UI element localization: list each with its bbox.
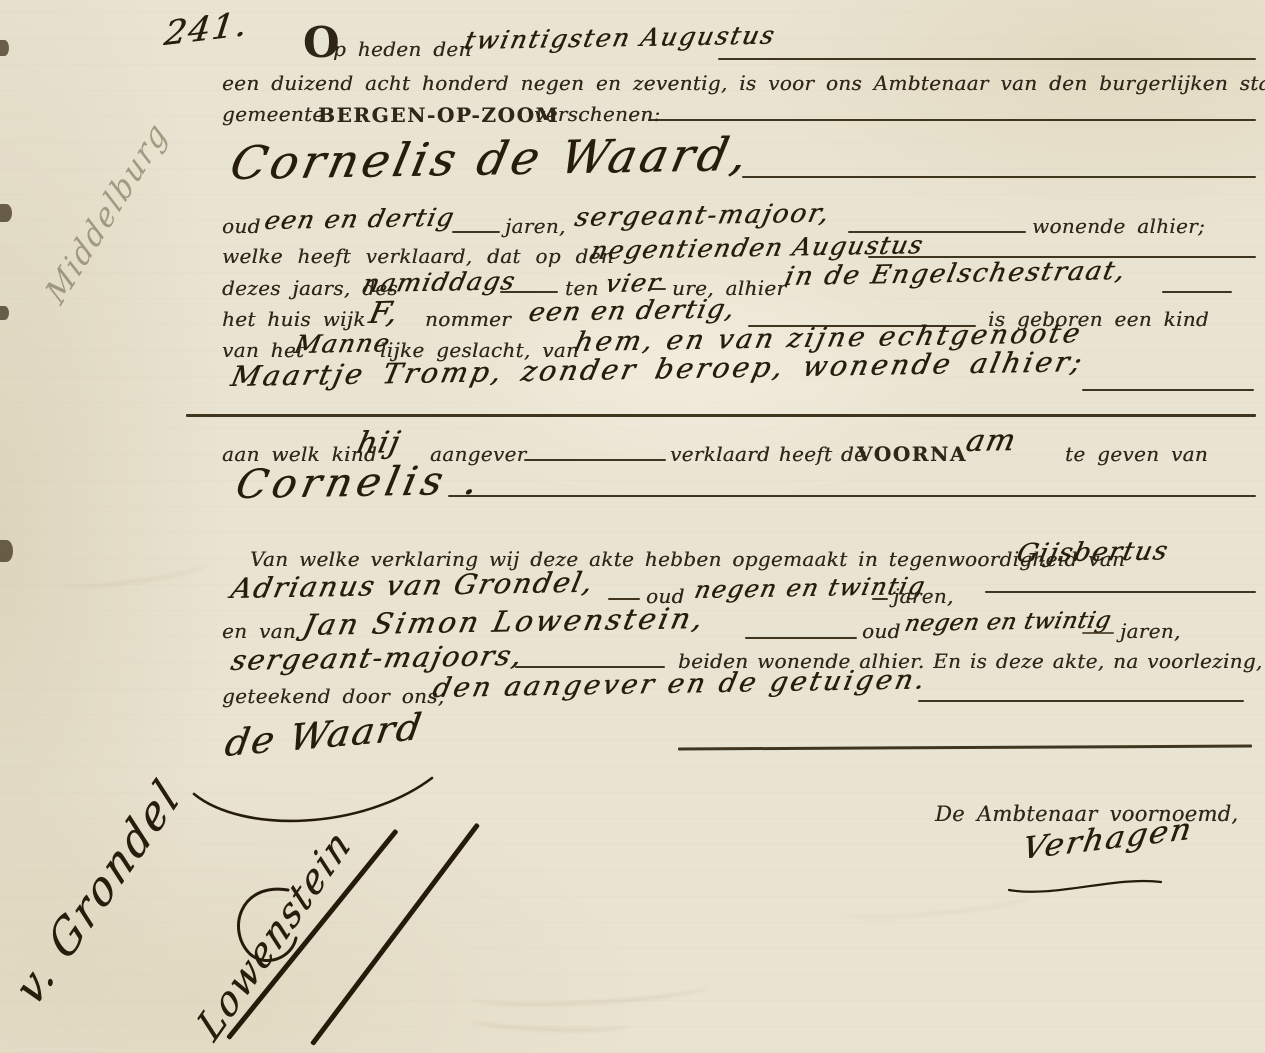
- handwritten-witness1-firstname: Gijsbertus: [1014, 537, 1171, 568]
- fill-rule: [718, 58, 1256, 60]
- printed-oud-witness2: oud: [862, 620, 901, 642]
- dash: [872, 598, 888, 600]
- handwritten-gender: Manne: [292, 329, 393, 358]
- printed-wonende-alhier: wonende alhier;: [1032, 215, 1205, 237]
- fill-rule: [985, 591, 1256, 593]
- printed-jaren-witness2: jaren,: [1120, 620, 1181, 642]
- fill-rule: [515, 666, 665, 668]
- printed-te-geven-van: te geven van: [1065, 443, 1208, 465]
- fill-rule: [918, 700, 1244, 702]
- scan-edge-mark: [0, 204, 12, 222]
- printed-oud: oud: [222, 215, 261, 237]
- bleedthrough-mark: [840, 890, 1040, 915]
- signature-declarant: de Waard: [222, 707, 426, 764]
- printed-city-name: BERGEN-OP-ZOOM: [318, 104, 559, 126]
- printed-geteekend: geteekend door ons,: [222, 685, 444, 707]
- printed-en-van: en van: [222, 620, 296, 642]
- handwritten-house-number: een en dertig,: [526, 295, 738, 327]
- handwritten-profession: sergeant-majoor,: [572, 200, 833, 233]
- handwritten-declarant-name: Cornelis de Waard,: [226, 129, 756, 189]
- fill-rule: [745, 637, 857, 639]
- dash: [500, 291, 558, 293]
- printed-op-heden: p heden den: [333, 38, 472, 60]
- dash: [452, 231, 500, 233]
- handwritten-daypart: namiddags: [360, 267, 518, 297]
- scan-edge-mark: [0, 40, 9, 56]
- bleedthrough-mark: [470, 975, 730, 1031]
- printed-year-line: een duizend acht honderd negen en zevent…: [222, 72, 1265, 94]
- signature-area-rule: [678, 744, 1252, 750]
- printed-ten: ten: [565, 277, 599, 299]
- printed-huis-wijk: het huis wijk: [222, 308, 366, 330]
- dash: [608, 598, 640, 600]
- scan-edge-mark: [0, 306, 9, 320]
- margin-note-pencil: Middelburg: [32, 103, 181, 323]
- handwritten-age: een en dertig: [262, 204, 457, 235]
- dash: [1162, 291, 1232, 293]
- printed-verklaard-line: welke heeft verklaard, dat op den: [222, 245, 614, 267]
- handwritten-act-date: twintigsten Augustus: [462, 22, 778, 55]
- handwritten-wijk-letter: F,: [366, 297, 402, 330]
- printed-nommer: nommer: [425, 308, 511, 330]
- handwritten-hij: hij: [354, 426, 404, 460]
- handwritten-am: am: [963, 424, 1020, 458]
- fill-rule: [524, 459, 666, 461]
- handwritten-witness1-name: Adrianus van Grondel,: [228, 568, 597, 605]
- signature-witness2-flourish: [222, 880, 302, 970]
- printed-witness-intro: Van welke verklaring wij deze akte hebbe…: [250, 548, 1125, 570]
- signature-witness1: v. Grondel: [8, 770, 189, 1017]
- signature-declarant-flourish: [188, 772, 438, 832]
- dash: [1082, 389, 1254, 391]
- handwritten-hour: vier: [603, 269, 664, 297]
- bleedthrough-mark: [60, 560, 220, 583]
- fill-rule: [448, 495, 1256, 497]
- fill-rule: [648, 119, 1256, 121]
- printed-jaren: jaren,: [505, 215, 566, 237]
- printed-verschenen: verschenen:: [534, 103, 661, 125]
- handwritten-witness2-name: Jan Simon Lowenstein,: [300, 603, 708, 642]
- scan-edge-mark: [0, 540, 13, 562]
- fill-rule: [742, 176, 1256, 178]
- birth-certificate-scan: Middelburg 241. O p heden den twintigste…: [0, 0, 1265, 1053]
- act-number: 241.: [162, 6, 250, 53]
- handwritten-street: in de Engelschestraat,: [782, 257, 1129, 292]
- handwritten-closing: den aangever en de getuigen.: [430, 665, 930, 703]
- printed-verklaard-heeft: verklaard heeft de: [670, 443, 866, 465]
- dash: [1082, 632, 1114, 634]
- handwritten-child-name: Cornelis .: [232, 459, 487, 507]
- printed-jaren-witness1: jaren,: [893, 585, 954, 607]
- printed-voorna: VOORNA: [857, 443, 967, 465]
- dash: [648, 288, 666, 290]
- section-divider-rule: [186, 414, 1256, 417]
- printed-gemeente: gemeente: [222, 103, 324, 125]
